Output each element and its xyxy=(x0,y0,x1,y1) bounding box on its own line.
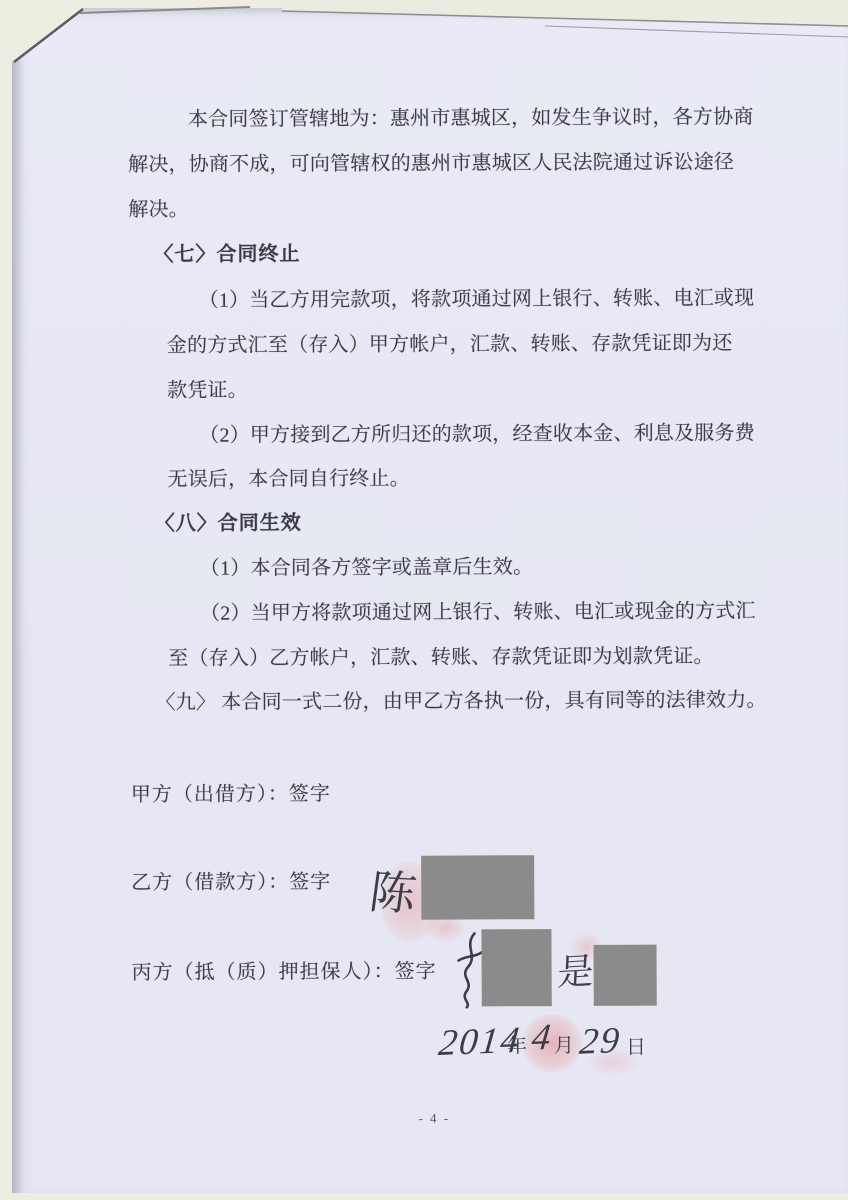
clause-line: 金的方式汇至（存入）甲方帐户，汇款、转账、存款凭证即为还 xyxy=(167,326,827,358)
section-heading-7: 〈七〉合同终止 xyxy=(153,235,813,267)
clause-line: （2）甲方接到乙方所归还的款项，经查收本金、利息及服务费 xyxy=(199,416,848,448)
date-year-suffix: 年 xyxy=(507,1029,527,1058)
section-heading-9: 〈九〉 本合同一式二份，由甲乙方各执一份，具有同等的法律效力。 xyxy=(155,683,815,715)
date-day-suffix: 日 xyxy=(626,1031,646,1060)
paragraph-line: 本合同签订管辖地为：惠州市惠城区，如发生争议时，各方协商 xyxy=(188,100,848,132)
handwritten-signature-chen: 陈 xyxy=(366,856,421,924)
clause-line: （1）当乙方用完款项，将款项通过网上银行、转账、电汇或现 xyxy=(199,281,848,313)
clause-line: （1）本合同各方签字或盖章后生效。 xyxy=(200,549,848,581)
redaction-box xyxy=(594,945,657,1006)
handwritten-date-day: 29 xyxy=(578,1019,624,1064)
redaction-box xyxy=(481,929,551,1006)
page-number: - 4 - xyxy=(394,1110,474,1126)
clause-line: 至（存入）乙方帐户，汇款、转账、存款凭证即为划款凭证。 xyxy=(168,639,828,671)
date-month-suffix: 月 xyxy=(554,1029,574,1058)
paragraph-line: 解决。 xyxy=(128,190,788,222)
handwritten-date-month: 4 xyxy=(530,1016,555,1060)
clause-line: 款凭证。 xyxy=(167,371,827,403)
section-heading-8: 〈八〉合同生效 xyxy=(155,504,815,536)
redaction-box xyxy=(421,855,534,919)
party-b-signature-label: 乙方（借款方）：签字 xyxy=(131,865,331,895)
scanned-contract-page: { "document": { "lines": [ {"text": "本合同… xyxy=(0,0,848,1200)
paragraph-line: 解决，协商不成，可向管辖权的惠州市惠城区人民法院通过诉讼途径 xyxy=(128,145,788,177)
clause-line: 无误后，本合同自行终止。 xyxy=(167,460,827,492)
party-a-signature-label: 甲方（出借方）：签字 xyxy=(131,777,331,807)
handwritten-character-shi: 是 xyxy=(556,943,594,996)
clause-line: （2）当甲方将款项通过网上银行、转账、电汇或现金的方式汇 xyxy=(200,594,848,626)
page-content: 本合同签订管辖地为：惠州市惠城区，如发生争议时，各方协商 解决，协商不成，可向管… xyxy=(0,0,848,1200)
party-c-signature-label: 丙方（抵（质）押担保人）：签字 xyxy=(132,955,437,985)
